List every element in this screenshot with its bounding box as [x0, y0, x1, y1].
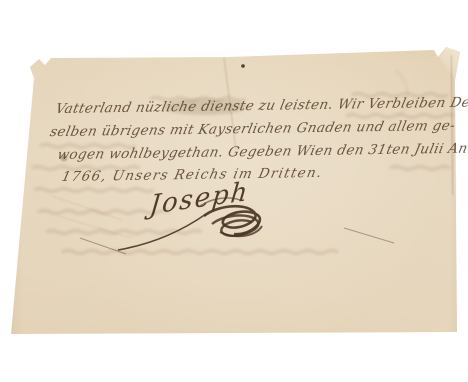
photograph-of-manuscript: Vatterland nüzliche dienste zu leisten. …	[0, 0, 468, 382]
manuscript-line: wogen wohlbeygethan. Gegeben Wien den 31…	[56, 140, 468, 163]
manuscript-line: 1766, Unsers Reichs im Dritten.	[60, 165, 324, 185]
manuscript-line: selben übrigens mit Kayserlichen Gnaden …	[48, 118, 456, 140]
manuscript-line: Vatterland nüzliche dienste zu leisten. …	[54, 94, 468, 117]
manuscript-text: Vatterland nüzliche dienste zu leisten. …	[0, 0, 468, 382]
